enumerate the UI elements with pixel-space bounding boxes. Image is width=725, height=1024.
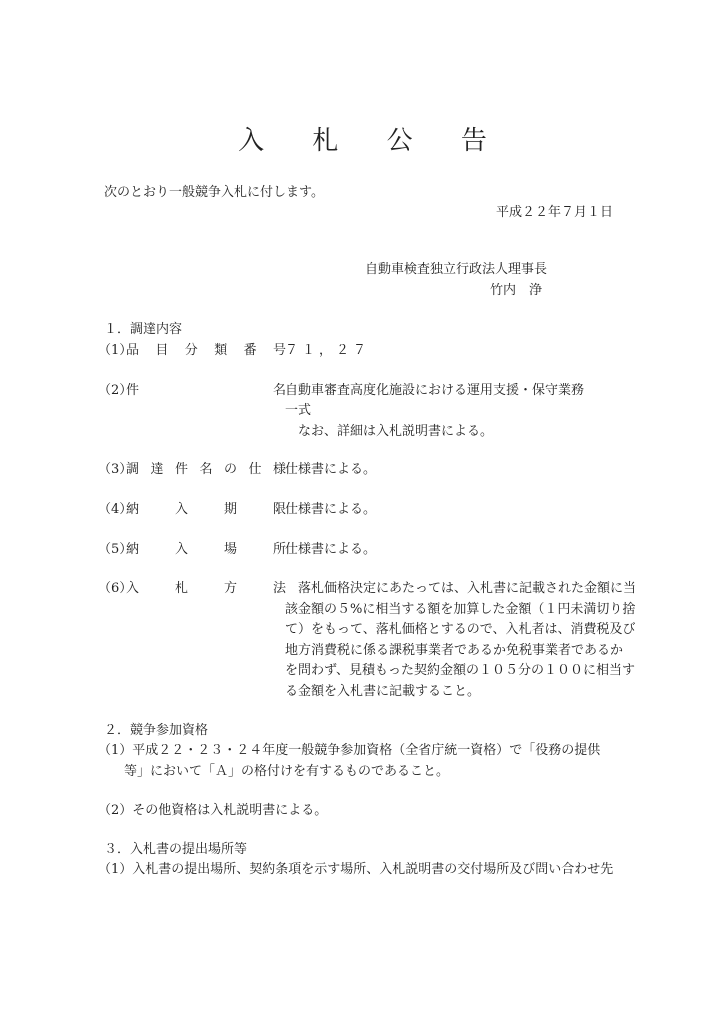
item-label: 納入期限	[126, 503, 286, 516]
item-1-2-label: （2）件名	[98, 384, 286, 397]
item-1-5-label: （5）納入場所	[98, 543, 286, 556]
section-3-heading: ３．入札書の提出場所等	[104, 843, 247, 856]
item-1-4-value: 仕様書による。	[285, 503, 376, 516]
item-1-3-value: 仕様書による。	[285, 463, 376, 476]
item-1-5-value: 仕様書による。	[285, 543, 376, 556]
item-1-6-label: （6）入札方法	[98, 582, 286, 595]
notice-date: 平成２２年７月１日	[496, 206, 613, 219]
item-1-2-value-line-1: 自動車審査高度化施設における運用支援・保守業務	[285, 384, 584, 397]
item-2-2: （2）その他資格は入札説明書による。	[98, 804, 327, 817]
item-label: 納入場所	[126, 543, 286, 556]
item-1-2-value-line-3: なお、詳細は入札説明書による。	[285, 425, 493, 438]
item-label: 件名	[126, 384, 286, 397]
page-title: 入 札 公 告	[0, 128, 725, 154]
section-2-heading: ２．競争参加資格	[104, 724, 208, 737]
item-1-3-label: （3）調達件名の仕様	[98, 463, 286, 476]
item-label: 入札方法	[126, 582, 286, 595]
item-1-6-value-line-4: 地方消費税に係る課税事業者であるか免税事業者であるか	[285, 644, 623, 657]
item-2-1-line-1: （1）平成２２・２３・２４年度一般競争参加資格（全省庁統一資格）で「役務の提供	[98, 744, 600, 757]
item-1-6-value-line-3: て）をもって、落札価格とするので、入札者は、消費税及び	[285, 623, 635, 636]
item-1-6-value-line-2: 該金額の５%に相当する額を加算した金額（１円未満切り捨	[285, 603, 635, 616]
item-1-6-value-line-1: 落札価格決定にあたっては、入札書に記載された金額に当	[285, 582, 636, 595]
item-label: 品目分類番号	[126, 344, 286, 357]
item-label: 調達件名の仕様	[126, 463, 286, 476]
issuer-organization: 自動車検査独立行政法人理事長	[365, 263, 547, 276]
item-3-1: （1）入札書の提出場所、契約条項を示す場所、入札説明書の交付場所及び問い合わせ先	[98, 863, 613, 876]
section-1-heading: １．調達内容	[104, 323, 182, 336]
item-1-4-label: （4）納入期限	[98, 503, 286, 516]
item-1-2-value-line-2: 一式	[285, 404, 311, 417]
item-1-6-value-line-5: を問わず、見積もった契約金額の１０５分の１００に相当す	[285, 664, 635, 677]
item-1-6-value-line-6: る金額を入札書に記載すること。	[285, 685, 480, 698]
issuer-name: 竹内 浄	[490, 284, 542, 297]
intro-text: 次のとおり一般競争入札に付します。	[104, 186, 324, 199]
item-1-1-value: ７１，２７	[285, 344, 370, 357]
item-2-1-line-2: 等」において「Ａ」の格付けを有するものであること。	[98, 765, 449, 778]
item-1-1-label: （1）品目分類番号	[98, 344, 286, 357]
